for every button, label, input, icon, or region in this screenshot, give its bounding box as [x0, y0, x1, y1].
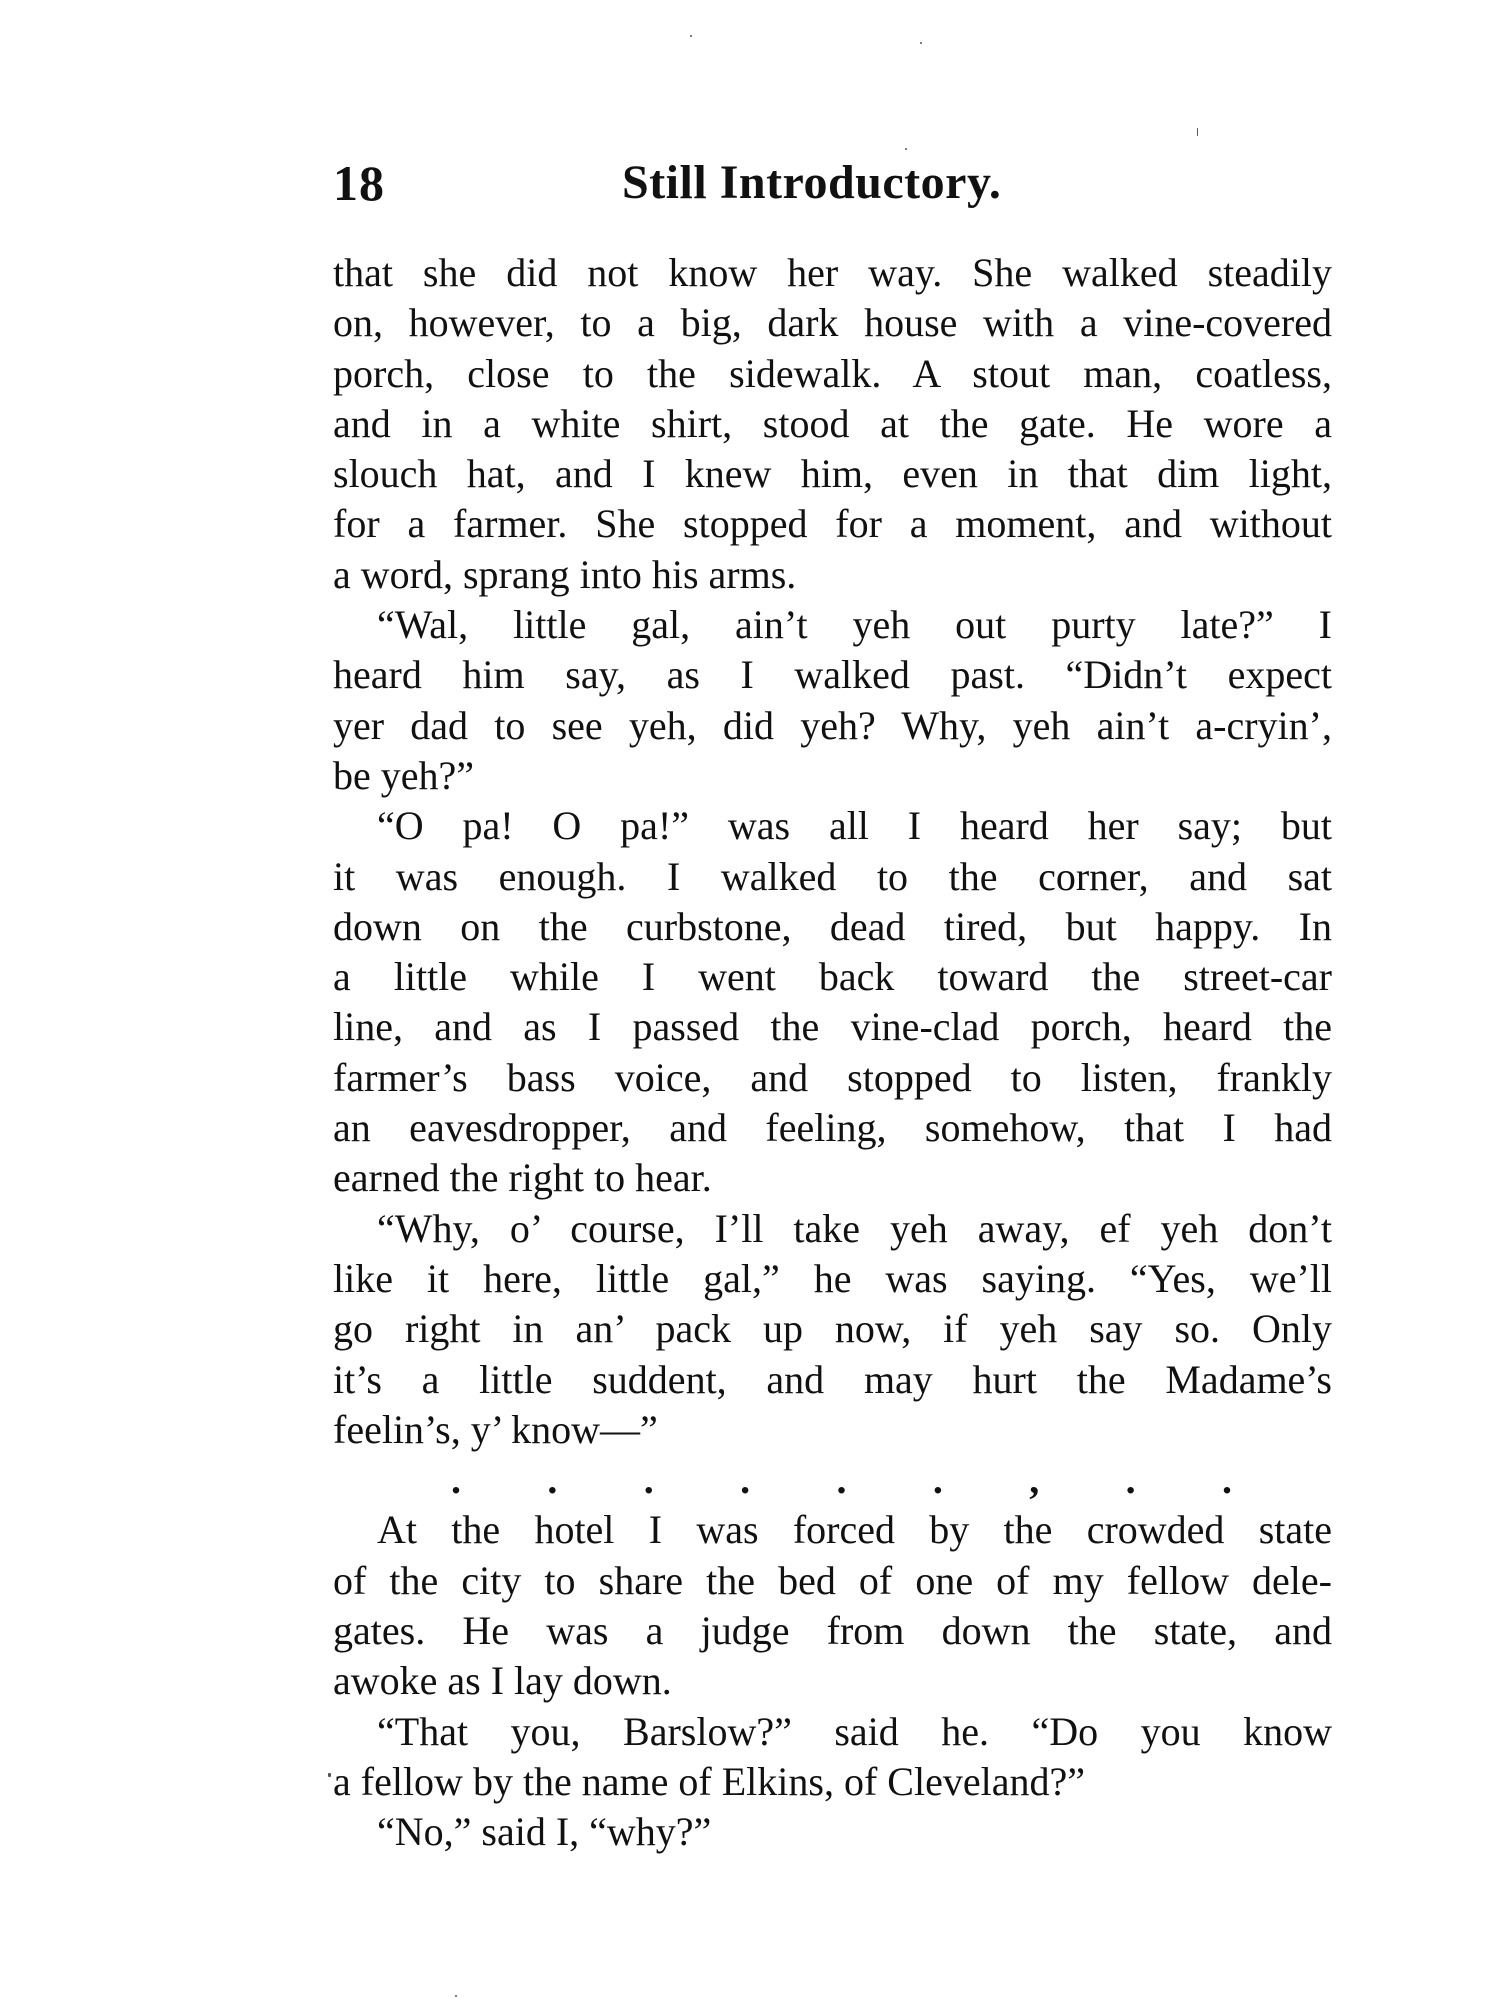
text-line: “No,” said I, “why?” — [333, 1807, 1332, 1857]
text-line: for a farmer. She stopped for a moment, … — [333, 499, 1332, 549]
paragraph-5: At the hotel I was forced by the crowded… — [333, 1505, 1332, 1706]
running-head: 18 Still Introductory. — [333, 148, 1333, 218]
paragraph-7: “No,” said I, “why?” — [333, 1807, 1332, 1857]
scan-speck — [328, 1773, 331, 1777]
scan-speck — [920, 42, 922, 44]
text-line: go right in an’ pack up now, if yeh say … — [333, 1304, 1332, 1354]
body-text: that she did not know her way. She walke… — [333, 248, 1332, 1858]
scan-speck — [905, 148, 907, 150]
text-line: At the hotel I was forced by the crowded… — [333, 1505, 1332, 1555]
scan-speck — [690, 35, 692, 37]
text-line: porch, close to the sidewalk. A stout ma… — [333, 349, 1332, 399]
text-line: and in a white shirt, stood at the gate.… — [333, 399, 1332, 449]
section-break: . . . . . . , . . — [333, 1455, 1332, 1505]
text-line: feelin’s, y’ know—” — [333, 1405, 1332, 1455]
text-line: “Why, o’ course, I’ll take yeh away, ef … — [333, 1204, 1332, 1254]
text-line: “O pa! O pa!” was all I heard her say; b… — [333, 801, 1332, 851]
text-line: a fellow by the name of Elkins, of Cleve… — [333, 1757, 1332, 1807]
running-title: Still Introductory. — [622, 148, 1001, 218]
text-line: line, and as I passed the vine-clad porc… — [333, 1002, 1332, 1052]
paragraph-2: “Wal, little gal, ain’t yeh out purty la… — [333, 600, 1332, 801]
paragraph-3: “O pa! O pa!” was all I heard her say; b… — [333, 801, 1332, 1203]
scan-speck — [455, 1995, 457, 1997]
text-line: it’s a little suddent, and may hurt the … — [333, 1355, 1332, 1405]
text-line: be yeh?” — [333, 751, 1332, 801]
paragraph-6: “That you, Barslow?” said he. “Do you kn… — [333, 1707, 1332, 1808]
text-line: a word, sprang into his arms. — [333, 550, 1332, 600]
text-line: “Wal, little gal, ain’t yeh out purty la… — [333, 600, 1332, 650]
text-line: earned the right to hear. — [333, 1153, 1332, 1203]
text-line: like it here, little gal,” he was saying… — [333, 1254, 1332, 1304]
text-line: down on the curbstone, dead tired, but h… — [333, 902, 1332, 952]
book-page: 18 Still Introductory. that she did not … — [0, 0, 1497, 2015]
text-line: gates. He was a judge from down the stat… — [333, 1606, 1332, 1656]
text-line: on, however, to a big, dark house with a… — [333, 298, 1332, 348]
text-line: yer dad to see yeh, did yeh? Why, yeh ai… — [333, 701, 1332, 751]
scan-speck — [1197, 128, 1198, 136]
text-line: farmer’s bass voice, and stopped to list… — [333, 1053, 1332, 1103]
text-line: of the city to share the bed of one of m… — [333, 1556, 1332, 1606]
text-line: that she did not know her way. She walke… — [333, 248, 1332, 298]
text-line: a little while I went back toward the st… — [333, 952, 1332, 1002]
text-line: it was enough. I walked to the corner, a… — [333, 852, 1332, 902]
text-line: slouch hat, and I knew him, even in that… — [333, 449, 1332, 499]
paragraph-1: that she did not know her way. She walke… — [333, 248, 1332, 600]
text-line: awoke as I lay down. — [333, 1656, 1332, 1706]
paragraph-4: “Why, o’ course, I’ll take yeh away, ef … — [333, 1204, 1332, 1455]
text-line: heard him say, as I walked past. “Didn’t… — [333, 650, 1332, 700]
text-line: “That you, Barslow?” said he. “Do you kn… — [333, 1707, 1332, 1757]
page-number: 18 — [333, 148, 385, 218]
text-line: an eavesdropper, and feeling, somehow, t… — [333, 1103, 1332, 1153]
